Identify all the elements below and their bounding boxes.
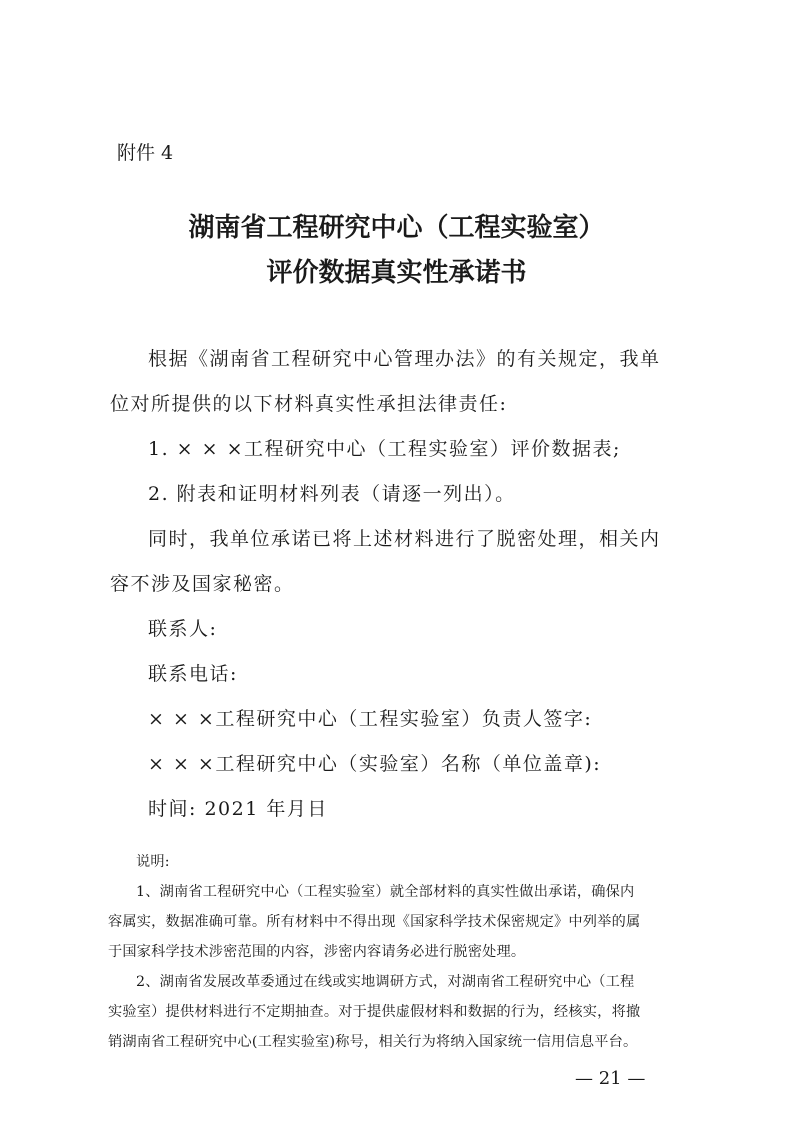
document-title-line1: 湖南省工程研究中心（工程实验室） (0, 207, 793, 244)
notes-heading: 说明: (136, 851, 170, 871)
unit-seal-field: × × ×工程研究中心（实验室）名称（单位盖章): (148, 749, 601, 776)
note1-line3: 于国家科学技术涉密范围的内容，涉密内容请务必进行脱密处理。 (108, 941, 525, 961)
note2-line2: 实验室）提供材料进行不定期抽查。对于提供虚假材料和数据的行为，经核实，将撤 (108, 1001, 640, 1021)
leader-signature-field: × × ×工程研究中心（工程实验室）负责人签字: (148, 704, 592, 731)
date-field: 时间: 2021 年月日 (148, 794, 328, 821)
contact-person-field: 联系人: (148, 614, 217, 641)
intro-line1: 根据《湖南省工程研究中心管理办法》的有关规定，我单 (148, 344, 661, 371)
note2-line1: 2、湖南省发展改革委通过在线或实地调研方式，对湖南省工程研究中心（工程 (136, 971, 634, 991)
intro-line2: 位对所提供的以下材料真实性承担法律责任: (110, 389, 507, 416)
commit-line1: 同时，我单位承诺已将上述材料进行了脱密处理，相关内 (148, 524, 661, 551)
attachment-label: 附件 4 (117, 138, 173, 165)
note1-line2: 容属实，数据准确可靠。所有材料中不得出现《国家科学技术保密规定》中列举的属 (108, 911, 640, 931)
note2-line3: 销湖南省工程研究中心(工程实验室)称号，相关行为将纳入国家统一信用信息平台。 (108, 1031, 637, 1051)
note1-line1: 1、湖南省工程研究中心（工程实验室）就全部材料的真实性做出承诺，确保内 (136, 881, 634, 901)
document-title-line2: 评价数据真实性承诺书 (0, 252, 793, 289)
list-item-1: 1. × × ×工程研究中心（工程实验室）评价数据表; (148, 434, 621, 461)
list-item-2: 2. 附表和证明材料列表（请逐一列出）。 (148, 479, 516, 506)
page-number: — 21 — (575, 1068, 645, 1089)
commit-line2: 容不涉及国家秘密。 (110, 569, 295, 596)
contact-phone-field: 联系电话: (148, 659, 238, 686)
